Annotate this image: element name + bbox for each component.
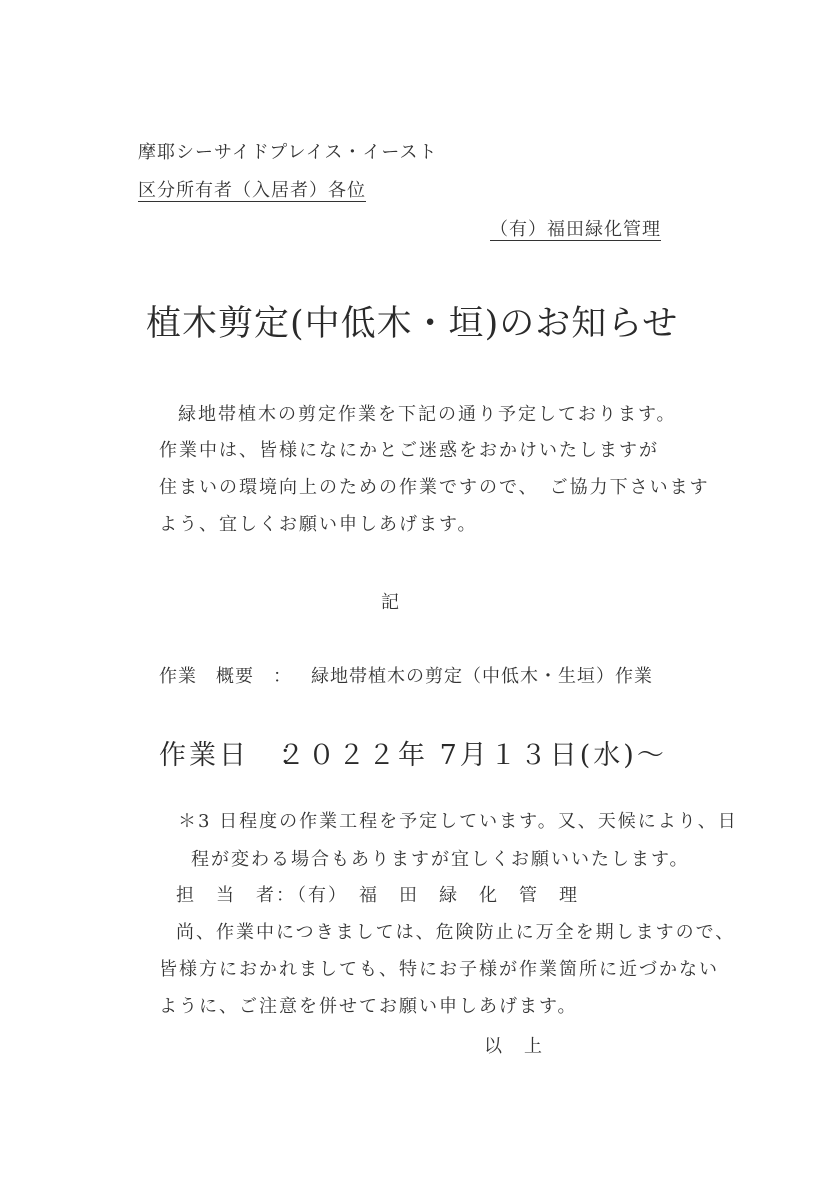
sender-name: （有）福田緑化管理 bbox=[490, 215, 679, 241]
work-date-value: ２０２２年 7月１３日(水)～ bbox=[278, 733, 667, 772]
intro-line-1: 緑地帯植木の剪定作業を下記の通り予定しております。 bbox=[178, 400, 677, 426]
caution-line-1: 尚、作業中につきましては、危険防止に万全を期しますので、 bbox=[176, 918, 735, 944]
intro-line-2: 作業中は、皆様になにかとご迷惑をおかけいたしますが bbox=[159, 436, 659, 462]
recipients-line: 区分所有者（入居者）各位 bbox=[138, 176, 366, 202]
overview-value: 緑地帯植木の剪定（中低木・生垣）作業 bbox=[311, 662, 653, 688]
intro-line-3: 住まいの環境向上のための作業ですので、 ご協力下さいます bbox=[159, 473, 710, 499]
contact-value: （有） 福 田 緑 化 管 理 bbox=[288, 881, 579, 907]
note-line-2: 程が変わる場合もありますが宜しくお願いいたします。 bbox=[191, 845, 690, 871]
caution-line-3: ように、ご注意を併せてお願い申しあげます。 bbox=[159, 992, 578, 1018]
closing-mark: 以 上 bbox=[484, 1032, 544, 1058]
caution-line-2: 皆様方におかれましても、特にお子様が作業箇所に近づかない bbox=[159, 955, 719, 981]
intro-line-4: よう、宜しくお願い申しあげます。 bbox=[159, 510, 478, 536]
note-line-1: ＊3 日程度の作業工程を予定しています。又、天候により、日 bbox=[178, 807, 738, 833]
ki-heading: 記 bbox=[381, 588, 400, 614]
overview-label: 作業 概要 ： bbox=[159, 662, 292, 688]
page-title: 植木剪定(中低木・垣)のお知らせ bbox=[146, 296, 678, 346]
property-name: 摩耶シーサイドプレイス・イースト bbox=[138, 138, 438, 164]
contact-label: 担 当 者： bbox=[176, 881, 296, 907]
